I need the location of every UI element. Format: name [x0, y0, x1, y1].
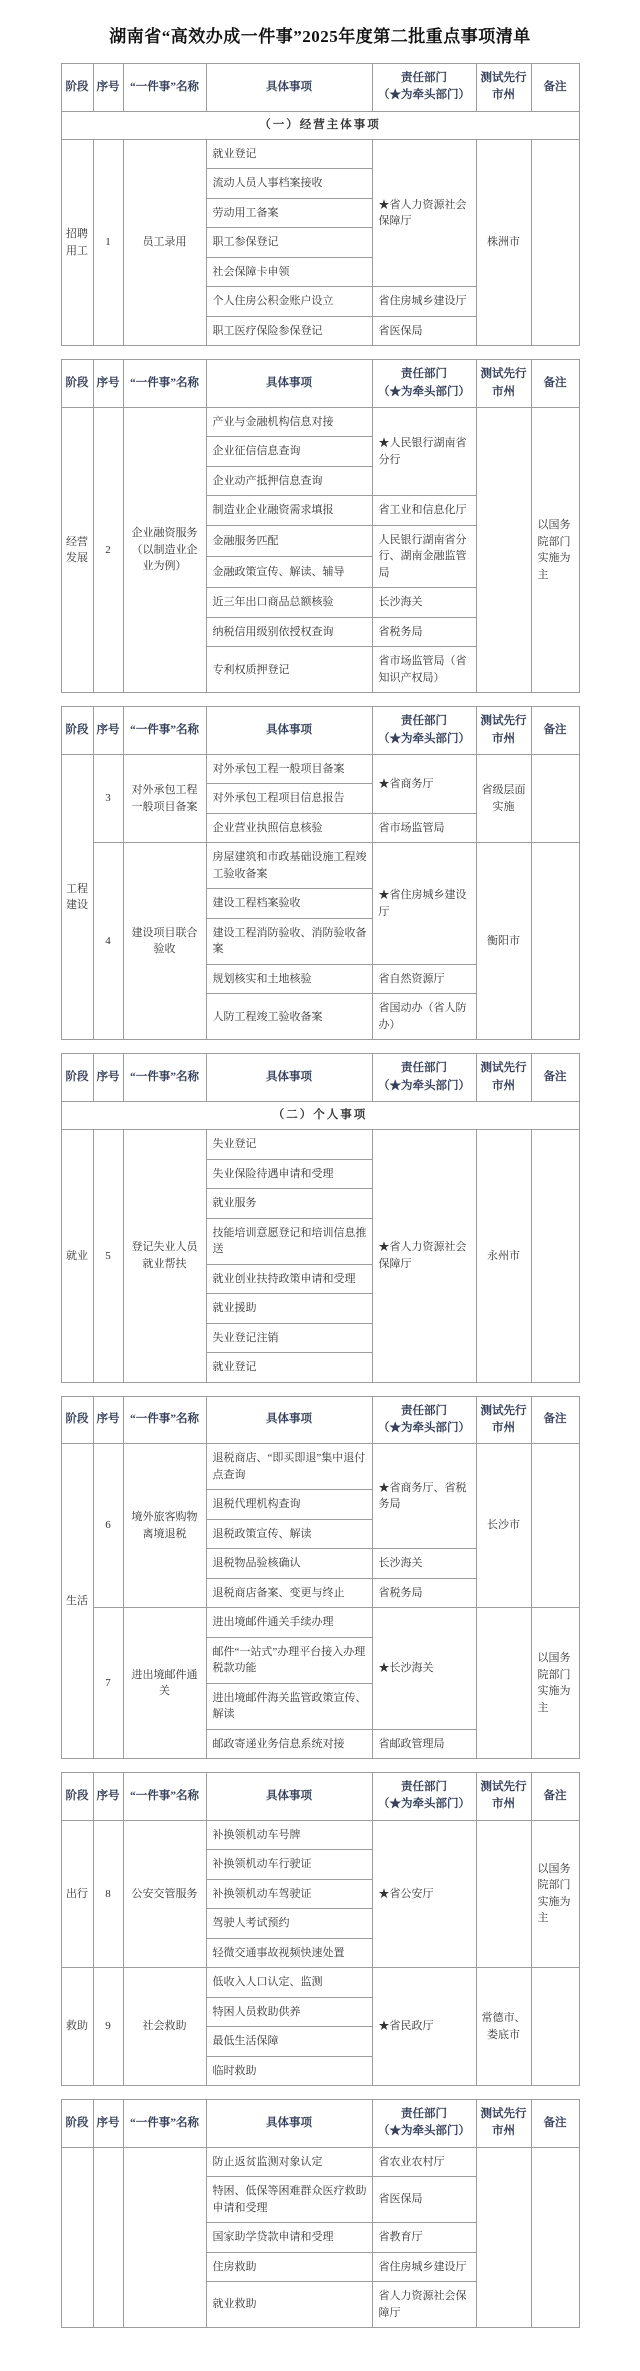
item-cell: 进出境邮件海关监管政策宣传、解读	[206, 1683, 372, 1729]
item-cell: 企业征信信息查询	[206, 437, 372, 467]
index-cell: 5	[93, 1130, 123, 1383]
tables-container: 阶段序号“一件事”名称具体事项责任部门（★为牵头部门）测试先行市州备注（一）经营…	[0, 63, 640, 2328]
index-cell: 8	[93, 1820, 123, 1968]
item-cell: 规划核实和土地核验	[206, 964, 372, 994]
item-cell: 就业创业扶持政策申请和受理	[206, 1264, 372, 1294]
item-cell: 企业营业执照信息核验	[206, 813, 372, 843]
section-row: （二）个人事项	[61, 1101, 579, 1129]
item-cell: 产业与金融机构信息对接	[206, 407, 372, 437]
header-row: 阶段序号“一件事”名称具体事项责任部门（★为牵头部门）测试先行市州备注	[61, 360, 579, 408]
dept-cell: 省教育厅	[372, 2223, 476, 2253]
items-table-1: 阶段序号“一件事”名称具体事项责任部门（★为牵头部门）测试先行市州备注（一）经营…	[61, 63, 580, 346]
col-stage: 阶段	[61, 707, 93, 755]
col-index: 序号	[93, 707, 123, 755]
item-cell: 金融服务匹配	[206, 525, 372, 556]
note-cell: 以国务院部门实施为主	[531, 1820, 579, 1968]
city-cell: 省级层面实施	[476, 754, 531, 843]
name-cell	[123, 2147, 206, 2328]
item-cell: 对外承包工程项目信息报告	[206, 784, 372, 814]
col-dept: 责任部门（★为牵头部门）	[372, 707, 476, 755]
header-row: 阶段序号“一件事”名称具体事项责任部门（★为牵头部门）测试先行市州备注	[61, 707, 579, 755]
item-cell: 补换领机动车行驶证	[206, 1850, 372, 1880]
col-index: 序号	[93, 2100, 123, 2148]
page-title: 湖南省“高效办成一件事”2025年度第二批重点事项清单	[20, 22, 620, 47]
col-city: 测试先行市州	[476, 1396, 531, 1444]
item-cell: 近三年出口商品总额核验	[206, 588, 372, 618]
col-stage: 阶段	[61, 64, 93, 112]
item-cell: 房屋建筑和市政基础设施工程竣工验收备案	[206, 843, 372, 889]
dept-cell: 省人力资源社会保障厅	[372, 2282, 476, 2328]
col-note: 备注	[531, 1773, 579, 1821]
index-cell: 7	[93, 1608, 123, 1759]
note-cell: 以国务院部门实施为主	[531, 1608, 579, 1759]
dept-cell: 省自然资源厅	[372, 964, 476, 994]
section-title: （一）经营主体事项	[61, 111, 579, 139]
name-cell: 企业融资服务（以制造业企业为例）	[123, 407, 206, 693]
dept-cell: 省市场监管局（省知识产权局）	[372, 647, 476, 693]
item-cell: 劳动用工备案	[206, 198, 372, 228]
col-name: “一件事”名称	[123, 1054, 206, 1102]
dept-cell: 省医保局	[372, 2177, 476, 2223]
col-name: “一件事”名称	[123, 1773, 206, 1821]
col-stage: 阶段	[61, 360, 93, 408]
dept-cell: 省农业农村厅	[372, 2147, 476, 2177]
col-stage: 阶段	[61, 1054, 93, 1102]
col-items: 具体事项	[206, 64, 372, 112]
item-cell: 邮政寄递业务信息系统对接	[206, 1729, 372, 1759]
dept-cell: ★省民政厅	[372, 1968, 476, 2086]
col-name: “一件事”名称	[123, 707, 206, 755]
dept-cell: 省税务局	[372, 1578, 476, 1608]
col-note: 备注	[531, 360, 579, 408]
items-table-4: 阶段序号“一件事”名称具体事项责任部门（★为牵头部门）测试先行市州备注（二）个人…	[61, 1053, 580, 1382]
item-cell: 邮件“一站式”办理平台接入办理税款功能	[206, 1637, 372, 1683]
city-cell	[476, 1820, 531, 1968]
col-index: 序号	[93, 360, 123, 408]
header-row: 阶段序号“一件事”名称具体事项责任部门（★为牵头部门）测试先行市州备注	[61, 1396, 579, 1444]
col-city: 测试先行市州	[476, 1773, 531, 1821]
dept-cell: 省住房城乡建设厅	[372, 2252, 476, 2282]
note-cell	[531, 2147, 579, 2328]
note-cell: 以国务院部门实施为主	[531, 407, 579, 693]
name-cell: 对外承包工程一般项目备案	[123, 754, 206, 843]
table-row: 出行8公安交管服务补换领机动车号牌★省公安厅以国务院部门实施为主	[61, 1820, 579, 1850]
item-cell: 进出境邮件通关手续办理	[206, 1608, 372, 1638]
name-cell: 境外旅客购物离境退税	[123, 1444, 206, 1608]
index-cell: 1	[93, 139, 123, 346]
table-row: 招聘用工1员工录用就业登记★省人力资源社会保障厅株洲市	[61, 139, 579, 169]
col-name: “一件事”名称	[123, 64, 206, 112]
dept-cell: 省市场监管局	[372, 813, 476, 843]
item-cell: 国家助学贷款申请和受理	[206, 2223, 372, 2253]
col-note: 备注	[531, 1054, 579, 1102]
col-note: 备注	[531, 64, 579, 112]
stage-cell: 就业	[61, 1130, 93, 1383]
dept-cell: 省税务局	[372, 617, 476, 647]
col-note: 备注	[531, 707, 579, 755]
item-cell: 就业服务	[206, 1189, 372, 1219]
item-cell: 退税代理机构查询	[206, 1490, 372, 1520]
item-cell: 补换领机动车驾驶证	[206, 1879, 372, 1909]
index-cell: 9	[93, 1968, 123, 2086]
table-row: 生活6境外旅客购物离境退税退税商店、“即买即退”集中退付点查询★省商务厅、省税务…	[61, 1444, 579, 1490]
note-cell	[531, 843, 579, 1040]
header-row: 阶段序号“一件事”名称具体事项责任部门（★为牵头部门）测试先行市州备注	[61, 1054, 579, 1102]
col-index: 序号	[93, 1773, 123, 1821]
col-name: “一件事”名称	[123, 2100, 206, 2148]
col-city: 测试先行市州	[476, 64, 531, 112]
item-cell: 特困人员救助供养	[206, 1997, 372, 2027]
item-cell: 制造业企业融资需求填报	[206, 496, 372, 526]
item-cell: 个人住房公积金账户设立	[206, 287, 372, 317]
dept-cell: 省住房城乡建设厅	[372, 287, 476, 317]
item-cell: 防止返贫监测对象认定	[206, 2147, 372, 2177]
stage-cell: 生活	[61, 1444, 93, 1759]
col-city: 测试先行市州	[476, 707, 531, 755]
col-dept: 责任部门（★为牵头部门）	[372, 2100, 476, 2148]
item-cell: 失业保险待遇申请和受理	[206, 1159, 372, 1189]
item-cell: 就业登记	[206, 139, 372, 169]
items-table-2: 阶段序号“一件事”名称具体事项责任部门（★为牵头部门）测试先行市州备注经营发展2…	[61, 359, 580, 693]
col-index: 序号	[93, 1396, 123, 1444]
item-cell: 最低生活保障	[206, 2027, 372, 2057]
dept-cell: 长沙海关	[372, 588, 476, 618]
item-cell: 流动人员人事档案接收	[206, 169, 372, 199]
dept-cell: ★长沙海关	[372, 1608, 476, 1730]
col-city: 测试先行市州	[476, 2100, 531, 2148]
col-note: 备注	[531, 2100, 579, 2148]
col-dept: 责任部门（★为牵头部门）	[372, 1054, 476, 1102]
name-cell: 登记失业人员就业帮扶	[123, 1130, 206, 1383]
table-row: 防止返贫监测对象认定省农业农村厅	[61, 2147, 579, 2177]
city-cell: 常德市、娄底市	[476, 1968, 531, 2086]
dept-cell: 省邮政管理局	[372, 1729, 476, 1759]
city-cell: 长沙市	[476, 1444, 531, 1608]
col-name: “一件事”名称	[123, 1396, 206, 1444]
stage-cell: 出行	[61, 1820, 93, 1968]
col-index: 序号	[93, 1054, 123, 1102]
item-cell: 建设工程消防验收、消防验收备案	[206, 918, 372, 964]
item-cell: 退税政策宣传、解读	[206, 1519, 372, 1549]
name-cell: 公安交管服务	[123, 1820, 206, 1968]
stage-cell: 工程建设	[61, 754, 93, 1040]
item-cell: 驾驶人考试预约	[206, 1909, 372, 1939]
dept-cell: 省工业和信息化厅	[372, 496, 476, 526]
dept-cell: 人民银行湖南省分行、湖南金融监管局	[372, 525, 476, 588]
table-row: 工程建设3对外承包工程一般项目备案对外承包工程一般项目备案★省商务厅省级层面实施	[61, 754, 579, 784]
item-cell: 特困、低保等困难群众医疗救助申请和受理	[206, 2177, 372, 2223]
note-cell	[531, 1130, 579, 1383]
item-cell: 职工医疗保险参保登记	[206, 316, 372, 346]
note-cell	[531, 754, 579, 843]
item-cell: 企业动产抵押信息查询	[206, 466, 372, 496]
index-cell	[93, 2147, 123, 2328]
name-cell: 社会救助	[123, 1968, 206, 2086]
dept-cell: ★省人力资源社会保障厅	[372, 1130, 476, 1383]
table-row: 4建设项目联合验收房屋建筑和市政基础设施工程竣工验收备案★省住房城乡建设厅衡阳市	[61, 843, 579, 889]
city-cell: 永州市	[476, 1130, 531, 1383]
item-cell: 退税物品验核确认	[206, 1549, 372, 1579]
items-table-5: 阶段序号“一件事”名称具体事项责任部门（★为牵头部门）测试先行市州备注生活6境外…	[61, 1396, 580, 1760]
dept-cell: 长沙海关	[372, 1549, 476, 1579]
index-cell: 4	[93, 843, 123, 1040]
stage-cell: 救助	[61, 1968, 93, 2086]
table-row: 就业5登记失业人员就业帮扶失业登记★省人力资源社会保障厅永州市	[61, 1130, 579, 1160]
index-cell: 6	[93, 1444, 123, 1608]
dept-cell: ★省公安厅	[372, 1820, 476, 1968]
index-cell: 2	[93, 407, 123, 693]
item-cell: 失业登记注销	[206, 1323, 372, 1353]
dept-cell: 省国动办（省人防办）	[372, 994, 476, 1040]
item-cell: 建设工程档案验收	[206, 889, 372, 919]
item-cell: 技能培训意愿登记和培训信息推送	[206, 1218, 372, 1264]
name-cell: 建设项目联合验收	[123, 843, 206, 1040]
col-items: 具体事项	[206, 707, 372, 755]
col-dept: 责任部门（★为牵头部门）	[372, 1773, 476, 1821]
item-cell: 纳税信用级别依授权查询	[206, 617, 372, 647]
item-cell: 失业登记	[206, 1130, 372, 1160]
header-row: 阶段序号“一件事”名称具体事项责任部门（★为牵头部门）测试先行市州备注	[61, 64, 579, 112]
item-cell: 就业登记	[206, 1353, 372, 1383]
name-cell: 员工录用	[123, 139, 206, 346]
stage-cell	[61, 2147, 93, 2328]
header-row: 阶段序号“一件事”名称具体事项责任部门（★为牵头部门）测试先行市州备注	[61, 1773, 579, 1821]
item-cell: 低收入人口认定、监测	[206, 1968, 372, 1998]
index-cell: 3	[93, 754, 123, 843]
note-cell	[531, 139, 579, 346]
item-cell: 专利权质押登记	[206, 647, 372, 693]
item-cell: 金融政策宣传、解读、辅导	[206, 557, 372, 588]
dept-cell: ★省商务厅、省税务局	[372, 1444, 476, 1549]
col-dept: 责任部门（★为牵头部门）	[372, 64, 476, 112]
dept-cell: ★省住房城乡建设厅	[372, 843, 476, 965]
item-cell: 轻微交通事故视频快速处置	[206, 1938, 372, 1968]
item-cell: 人防工程竣工验收备案	[206, 994, 372, 1040]
item-cell: 补换领机动车号牌	[206, 1820, 372, 1850]
col-name: “一件事”名称	[123, 360, 206, 408]
city-cell: 株洲市	[476, 139, 531, 346]
item-cell: 就业救助	[206, 2282, 372, 2328]
table-row: 经营发展2企业融资服务（以制造业企业为例）产业与金融机构信息对接★人民银行湖南省…	[61, 407, 579, 437]
dept-cell: ★人民银行湖南省分行	[372, 407, 476, 496]
col-items: 具体事项	[206, 360, 372, 408]
item-cell: 职工参保登记	[206, 228, 372, 258]
city-cell: 衡阳市	[476, 843, 531, 1040]
col-items: 具体事项	[206, 1773, 372, 1821]
col-stage: 阶段	[61, 2100, 93, 2148]
city-cell	[476, 407, 531, 693]
item-cell: 就业援助	[206, 1294, 372, 1324]
item-cell: 退税商店、“即买即退”集中退付点查询	[206, 1444, 372, 1490]
item-cell: 临时救助	[206, 2056, 372, 2086]
name-cell: 进出境邮件通关	[123, 1608, 206, 1759]
items-table-3: 阶段序号“一件事”名称具体事项责任部门（★为牵头部门）测试先行市州备注工程建设3…	[61, 706, 580, 1040]
item-cell: 社会保障卡申领	[206, 257, 372, 287]
dept-cell: 省医保局	[372, 316, 476, 346]
dept-cell: ★省人力资源社会保障厅	[372, 139, 476, 287]
table-row: 7进出境邮件通关进出境邮件通关手续办理★长沙海关以国务院部门实施为主	[61, 1608, 579, 1638]
table-row: 救助9社会救助低收入人口认定、监测★省民政厅常德市、娄底市	[61, 1968, 579, 1998]
col-dept: 责任部门（★为牵头部门）	[372, 1396, 476, 1444]
items-table-6: 阶段序号“一件事”名称具体事项责任部门（★为牵头部门）测试先行市州备注出行8公安…	[61, 1772, 580, 2086]
col-stage: 阶段	[61, 1396, 93, 1444]
note-cell	[531, 1968, 579, 2086]
item-cell: 住房救助	[206, 2252, 372, 2282]
col-city: 测试先行市州	[476, 1054, 531, 1102]
col-items: 具体事项	[206, 1054, 372, 1102]
col-items: 具体事项	[206, 2100, 372, 2148]
col-items: 具体事项	[206, 1396, 372, 1444]
header-row: 阶段序号“一件事”名称具体事项责任部门（★为牵头部门）测试先行市州备注	[61, 2100, 579, 2148]
section-row: （一）经营主体事项	[61, 111, 579, 139]
stage-cell: 招聘用工	[61, 139, 93, 346]
city-cell	[476, 2147, 531, 2328]
item-cell: 对外承包工程一般项目备案	[206, 754, 372, 784]
dept-cell: ★省商务厅	[372, 754, 476, 813]
note-cell	[531, 1444, 579, 1608]
city-cell	[476, 1608, 531, 1759]
items-table-7: 阶段序号“一件事”名称具体事项责任部门（★为牵头部门）测试先行市州备注防止返贫监…	[61, 2099, 580, 2328]
col-city: 测试先行市州	[476, 360, 531, 408]
col-dept: 责任部门（★为牵头部门）	[372, 360, 476, 408]
col-stage: 阶段	[61, 1773, 93, 1821]
item-cell: 退税商店备案、变更与终止	[206, 1578, 372, 1608]
col-index: 序号	[93, 64, 123, 112]
col-note: 备注	[531, 1396, 579, 1444]
stage-cell: 经营发展	[61, 407, 93, 693]
section-title: （二）个人事项	[61, 1101, 579, 1129]
document-page: 湖南省“高效办成一件事”2025年度第二批重点事项清单 阶段序号“一件事”名称具…	[0, 0, 640, 2371]
